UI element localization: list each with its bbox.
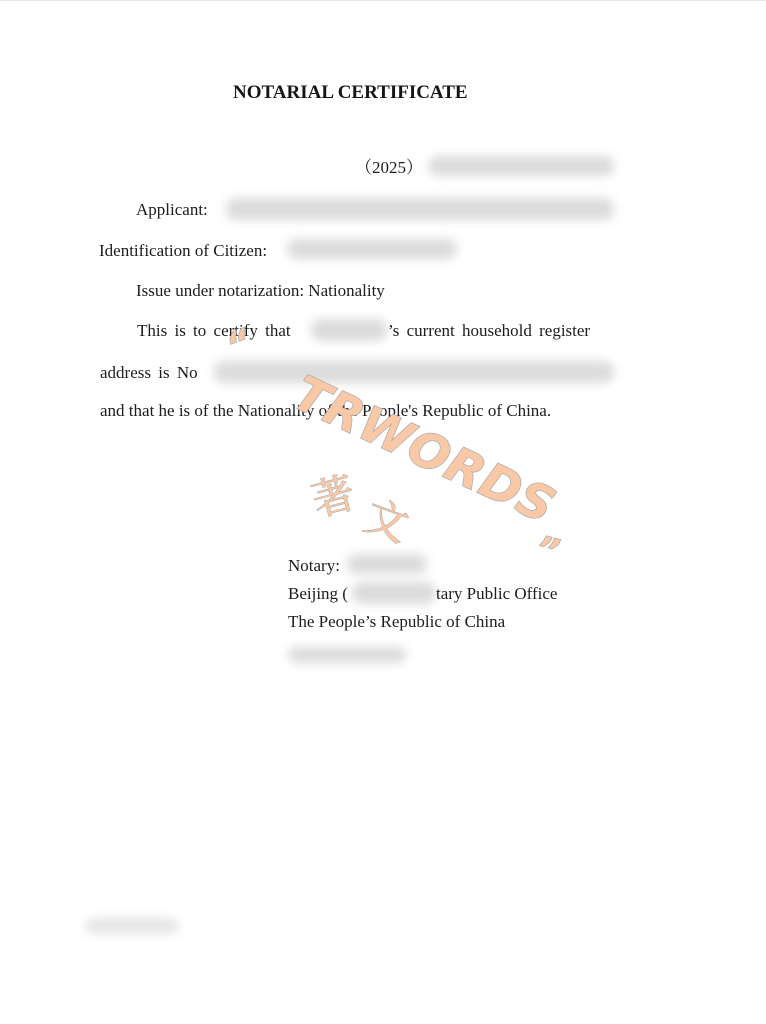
top-border [0, 0, 766, 1]
redacted-citizen-id [287, 239, 457, 259]
body-line1-start: This is to certify that [137, 321, 291, 341]
redacted-date [288, 647, 406, 663]
country-line: The People’s Republic of China [288, 612, 505, 632]
body-line2-start: address is No [100, 363, 198, 383]
redacted-notary-name [347, 554, 427, 574]
watermark-close-quote: ” [531, 529, 563, 573]
watermark: “ TRWORDS 著 文 ” [0, 0, 766, 1024]
redacted-footer-text [86, 918, 178, 934]
office-end: tary Public Office [436, 584, 557, 604]
redacted-applicant-details [226, 198, 614, 220]
notary-label: Notary: [288, 556, 340, 576]
document-title: NOTARIAL CERTIFICATE [233, 82, 468, 104]
watermark-chinese-char-2: 文 [359, 491, 415, 551]
identification-label: Identification of Citizen: [99, 241, 267, 261]
issue-label: Issue under notarization: Nationality [136, 281, 385, 301]
redacted-address [214, 361, 614, 383]
watermark-chinese-char-1: 著 [307, 468, 360, 526]
certificate-number-prefix: （2025） [355, 158, 423, 178]
applicant-label: Applicant: [136, 200, 208, 220]
office-start: Beijing ( [288, 584, 348, 604]
redacted-office-name [352, 582, 436, 604]
redacted-certificate-number [428, 156, 614, 176]
body-line1-end: ’s current household register [388, 321, 590, 341]
watermark-brand-text: TRWORDS [285, 365, 564, 535]
body-line3: and that he is of the Nationality of the… [100, 401, 551, 421]
redacted-applicant-name [311, 319, 387, 341]
